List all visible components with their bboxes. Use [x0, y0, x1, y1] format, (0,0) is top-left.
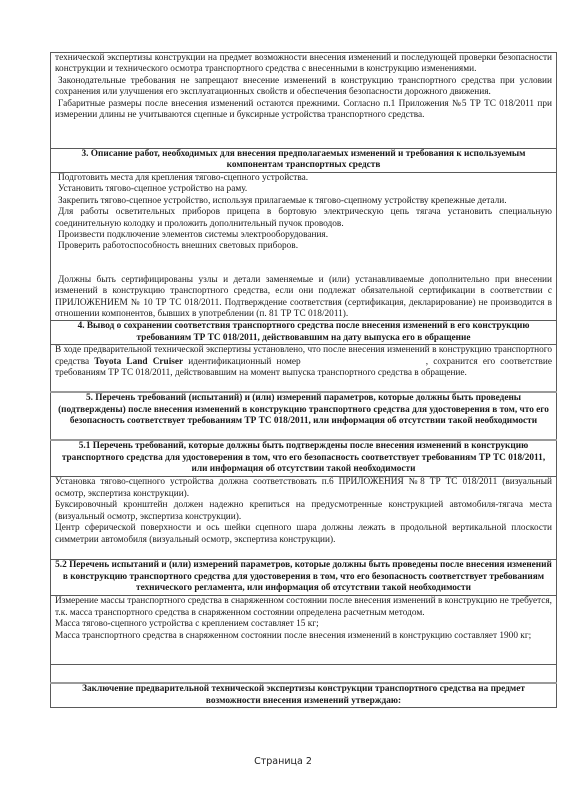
section5-2-heading: 5.2 Перечень испытаний и (или) измерений… — [51, 560, 557, 596]
section4-heading-row: 4. Вывод о сохранении соответствия транс… — [51, 321, 557, 345]
requirement-item: Буксировочный кронштейн должен надежно к… — [55, 500, 552, 523]
work-step: Проверить работоспособность внешних свет… — [55, 241, 552, 252]
section3-body: Подготовить места для крепления тягово-с… — [51, 173, 557, 321]
section5-heading-row: 5. Перечень требований (испытаний) и (ил… — [51, 392, 557, 440]
work-step: Для работы осветительных приборов прицеп… — [55, 207, 552, 230]
intro-paragraph: Габаритные размеры после внесения измене… — [55, 99, 552, 122]
vehicle-model: Toyota Land Cruiser — [94, 357, 183, 367]
section4-conclusion: В ходе предварительной технической экспе… — [55, 345, 552, 379]
measurement-item: Масса транспортного средства в снаряженн… — [55, 631, 552, 642]
work-step: Установить тягово-сцепное устройство на … — [55, 184, 552, 195]
section3-body-row: Подготовить места для крепления тягово-с… — [51, 173, 557, 321]
section5-heading: 5. Перечень требований (испытаний) и (ил… — [51, 392, 557, 440]
intro-paragraph: Законодательные требования не запрещают … — [55, 76, 552, 99]
section5-1-heading: 5.1 Перечень требований, которые должны … — [51, 440, 557, 477]
section4-body: В ходе предварительной технической экспе… — [51, 345, 557, 393]
intro-row: технической экспертизы конструкции на пр… — [51, 53, 557, 149]
section3-heading: 3. Описание работ, необходимых для внесе… — [51, 149, 557, 173]
certification-note: Должны быть сертифицированы узлы и детал… — [55, 275, 552, 321]
work-step: Подготовить места для крепления тягово-с… — [55, 173, 552, 184]
blank-cell — [51, 665, 557, 684]
measurement-item: Масса тягово-сцепного устройства с крепл… — [55, 619, 552, 630]
section5-2-body-row: Измерение массы транспортного средства в… — [51, 596, 557, 665]
conclusion-heading-row: Заключение предварительной технической э… — [51, 683, 557, 708]
conclusion-heading: Заключение предварительной технической э… — [51, 683, 557, 708]
section3-heading-row: 3. Описание работ, необходимых для внесе… — [51, 149, 557, 173]
requirement-item: Установка тягово-сцепного устройства дол… — [55, 477, 552, 500]
measurement-item: Измерение массы транспортного средства в… — [55, 596, 552, 619]
blank-row — [51, 665, 557, 684]
work-step: Произвести подключение элементов системы… — [55, 230, 552, 241]
document-page: технической экспертизы конструкции на пр… — [0, 0, 566, 800]
requirement-item: Центр сферической поверхности и ось шейк… — [55, 523, 552, 546]
section5-2-heading-row: 5.2 Перечень испытаний и (или) измерений… — [51, 560, 557, 596]
section5-1-body: Установка тягово-сцепного устройства дол… — [51, 477, 557, 560]
section4-heading: 4. Вывод о сохранении соответствия транс… — [51, 321, 557, 345]
section5-1-body-row: Установка тягово-сцепного устройства дол… — [51, 477, 557, 560]
page-number: Страница 2 — [0, 756, 566, 767]
section5-1-heading-row: 5.1 Перечень требований, которые должны … — [51, 440, 557, 477]
section5-2-body: Измерение массы транспортного средства в… — [51, 596, 557, 665]
expertise-table: технической экспертизы конструкции на пр… — [50, 52, 557, 708]
work-step: Закрепить тягово-сцепное устройство, исп… — [55, 196, 552, 207]
section4-body-row: В ходе предварительной технической экспе… — [51, 345, 557, 393]
intro-cell: технической экспертизы конструкции на пр… — [51, 53, 557, 149]
intro-paragraph: технической экспертизы конструкции на пр… — [55, 53, 552, 76]
